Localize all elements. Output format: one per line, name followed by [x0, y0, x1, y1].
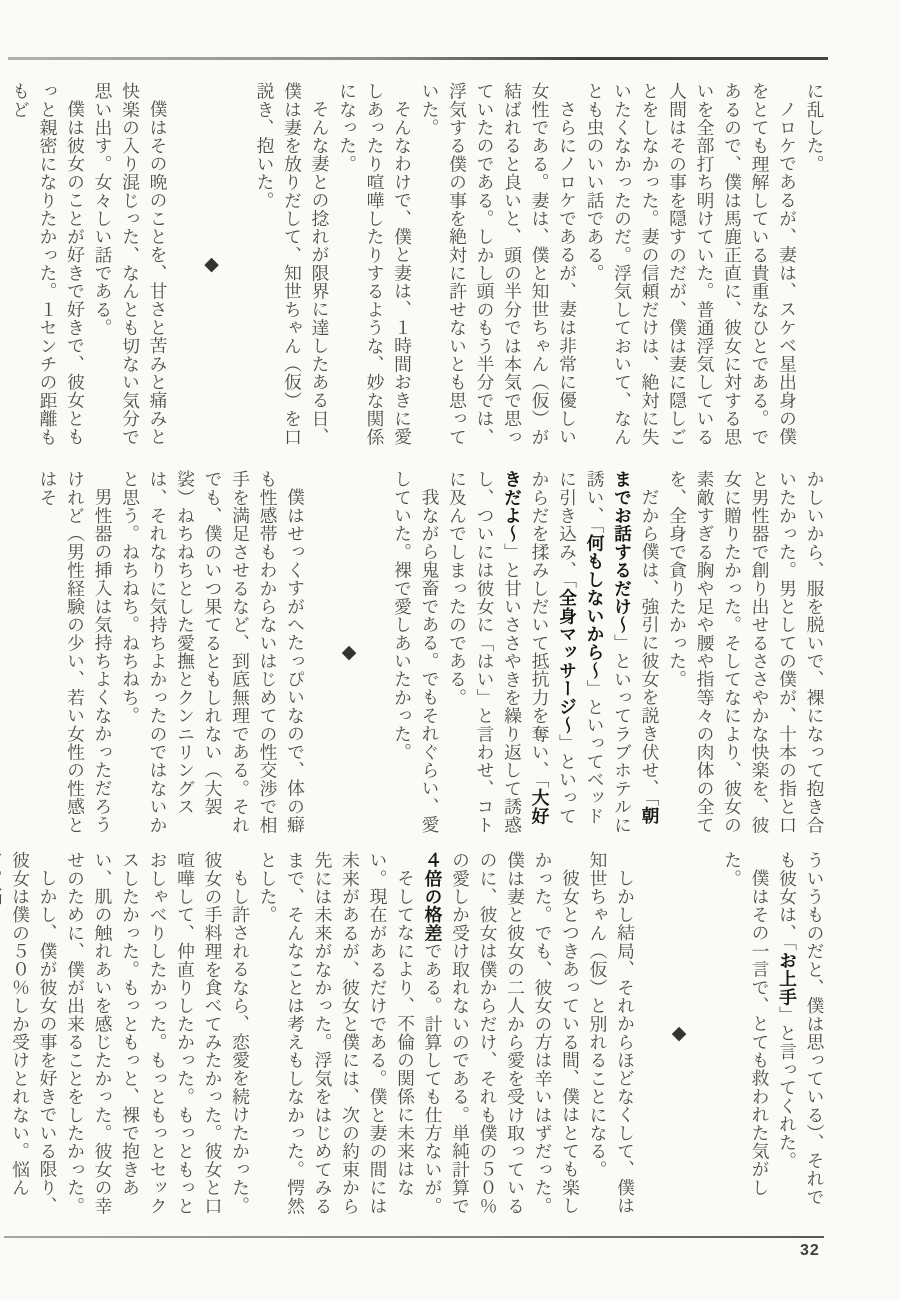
- body-text: そんなわけで、僕と妻は、１時間おきに愛しあったり喧嘩したりするような、妙な関係に…: [338, 82, 413, 446]
- emphasis-text: お上手: [778, 951, 798, 1006]
- paragraph: 彼女とつきあっている間、僕はとても楽しかった。でも、彼女の方は辛いはずだった。僕…: [419, 851, 584, 1216]
- paragraph: 僕は彼女のことが好きで好きで、彼女ともっと親密になりたかった。１センチの距離もも…: [6, 82, 89, 447]
- top-rule: [8, 57, 828, 60]
- paragraph: 男性器の挿入は気持ちよくなかっただろうけれど（男性経験の少い、若い女性の性感とは…: [34, 470, 117, 835]
- body-text: そしてなにより、不倫の関係に未来はない。現在があるだけである。僕と妻の間には未来…: [258, 851, 416, 1215]
- diamond-divider-icon: ◆: [335, 470, 363, 835]
- text-band-middle: かしいから、服を脱いで、裸になって抱き合いたかった。男としての僕が、十本の指と口…: [34, 470, 829, 835]
- paragraph: だから僕は、強引に彼女を説き伏せ、「朝までお話するだけ～」といってラブホテルに誘…: [443, 470, 663, 835]
- paragraph: に乱した。: [801, 82, 829, 447]
- body-text: もし許されるなら、恋愛を続けたかった。彼女の手料理を食べてみたかった。彼女と口喧…: [66, 851, 251, 1215]
- emphasis-text: 全身マッサージ～: [558, 588, 578, 734]
- paragraph: さらにノロケであるが、妻は非常に優しい女性である。妻は、僕と知世ちゃん（仮）が結…: [416, 82, 581, 447]
- body-text: 」と言ってくれた。: [778, 1006, 798, 1170]
- paragraph: 我ながら鬼畜である。でもそれぐらい、愛していた。裸で愛しあいたかった。: [388, 470, 443, 835]
- body-text: に乱した。: [805, 82, 825, 173]
- body-text: 彼女とつきあっている間、僕はとても楽しかった。でも、彼女の方は辛いはずだった。僕…: [451, 851, 581, 1215]
- paragraph: 僕はその晩のことを、甘さと苦みと痛みと快楽の入り混じった、なんとも切ない気分で思…: [89, 82, 172, 447]
- body-text: ノロケであるが、妻は、スケベ星出身の僕をとても理解している貴重なひとである。であ…: [585, 82, 798, 446]
- diamond-divider-icon: ◆: [197, 82, 225, 447]
- body-text: 僕はせっくすがへたっぴいなので、体の癖も性感帯もわからないはじめての性交渉で相手…: [121, 470, 306, 834]
- paragraph: もし許されるなら、恋愛を続けたかった。彼女の手料理を食べてみたかった。彼女と口喧…: [61, 851, 254, 1216]
- body-text: 僕はその一言で、とても救われた気がした。: [723, 851, 771, 1196]
- paragraph: しかし、僕が彼女の事を好きでいる限り、彼女は僕の５０％しか受けとれない。悩んだ。…: [0, 851, 61, 1216]
- paragraph: そんなわけで、僕と妻は、１時間おきに愛しあったり喧嘩したりするような、妙な関係に…: [333, 82, 416, 447]
- paragraph: しかし結局、それからほどなくして、僕は知世ちゃん（仮）と別れることになる。: [584, 851, 639, 1216]
- paragraph: 僕はせっくすがへたっぴいなので、体の癖も性感帯もわからないはじめての性交渉で相手…: [116, 470, 309, 835]
- paragraph: そしてなにより、不倫の関係に未来はない。現在があるだけである。僕と妻の間には未来…: [254, 851, 419, 1216]
- paragraph: 僕はその一言で、とても救われた気がした。: [718, 851, 773, 1216]
- body-text: である。計算しても仕方ないが。: [423, 942, 443, 1215]
- body-text: しかし結局、それからほどなくして、僕は知世ちゃん（仮）と別れることになる。: [588, 851, 636, 1214]
- text-band-bottom: ういうものだと、僕は思っている）、それでも彼女は、「お上手」と言ってくれた。僕は…: [0, 851, 828, 1216]
- bottom-rule: [4, 1236, 824, 1238]
- body-text: しかし、僕が彼女の事を好きでいる限り、彼女は僕の５０％しか受けとれない。悩んだ。…: [0, 851, 58, 1214]
- emphasis-text: 何もしないから～: [585, 534, 605, 680]
- text-band-top: に乱した。ノロケであるが、妻は、スケベ星出身の僕をとても理解している貴重なひとで…: [6, 82, 828, 447]
- paragraph: ういうものだと、僕は思っている）、それでも彼女は、「お上手」と言ってくれた。: [773, 851, 828, 1216]
- body-text: 男性器の挿入は気持ちよくなかっただろうけれど（男性経験の少い、若い女性の性感とは…: [38, 470, 113, 834]
- paragraph: ノロケであるが、妻は、スケベ星出身の僕をとても理解している貴重なひとである。であ…: [581, 82, 801, 447]
- body-text: 僕は彼女のことが好きで好きで、彼女ともっと親密になりたかった。１センチの距離もも…: [11, 82, 86, 446]
- paragraph: かしいから、服を脱いで、裸になって抱き合いたかった。男としての僕が、十本の指と口…: [663, 470, 828, 835]
- body-text: 僕はその晩のことを、甘さと苦みと痛みと快楽の入り混じった、なんとも切ない気分で思…: [93, 82, 168, 446]
- paragraph: そんな妻との捻れが限界に達したある日、僕は妻を放りだして、知世ちゃん（仮）を口説…: [251, 82, 334, 447]
- emphasis-text: ４倍の格差: [423, 851, 443, 942]
- body-text: 我ながら鬼畜である。でもそれぐらい、愛していた。裸で愛しあいたかった。: [393, 470, 441, 833]
- page-number: 32: [800, 1242, 820, 1260]
- body-text: だから僕は、強引に彼女を説き伏せ、「: [640, 488, 660, 807]
- body-text: さらにノロケであるが、妻は非常に優しい女性である。妻は、僕と知世ちゃん（仮）が結…: [420, 82, 578, 446]
- body-text: そんな妻との捻れが限界に達したある日、僕は妻を放りだして、知世ちゃん（仮）を口説…: [255, 82, 330, 446]
- body-text: かしいから、服を脱いで、裸になって抱き合いたかった。男としての僕が、十本の指と口…: [668, 470, 826, 834]
- diamond-divider-icon: ◆: [665, 851, 693, 1216]
